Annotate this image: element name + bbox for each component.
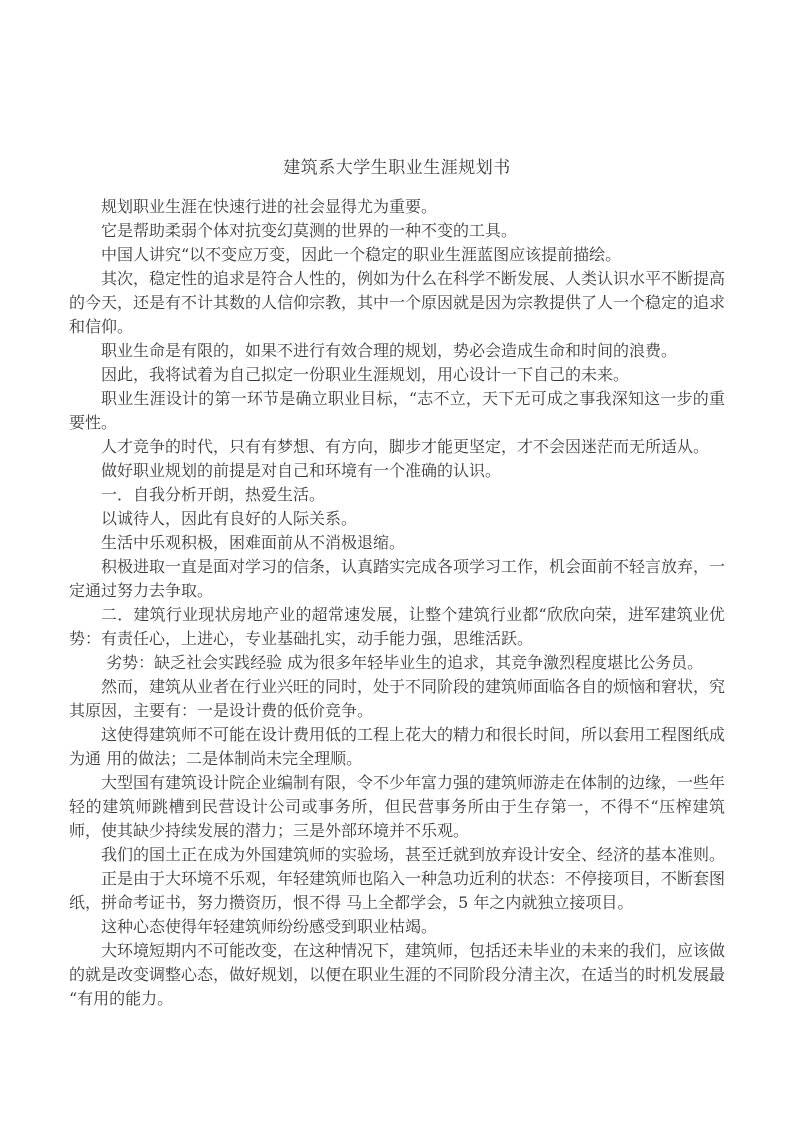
paragraph: 这种心态使得年轻建筑师纷纷感受到职业枯竭。	[69, 915, 725, 939]
paragraph: 生活中乐观积极，困难面前从不消极退缩。	[69, 531, 725, 555]
paragraph: 大型国有建筑设计院企业编制有限，令不少年富力强的建筑师游走在体制的边缘，一些年轻…	[69, 771, 725, 843]
paragraph: 大环境短期内不可能改变，在这种情况下，建筑师，包括还未毕业的未来的我们，应该做的…	[69, 939, 725, 1011]
paragraph: 因此，我将试着为自己拟定一份职业生涯规划，用心设计一下自己的未来。	[69, 363, 725, 387]
paragraph: 做好职业规划的前提是对自己和环境有一个准确的认识。	[69, 459, 725, 483]
document-body: 规划职业生涯在快速行进的社会显得尤为重要。它是帮助柔弱个体对抗变幻莫测的世界的一…	[69, 195, 725, 1011]
paragraph: 二．建筑行业现状房地产业的超常速发展，让整个建筑行业都“欣欣向荣，进军建筑业优势…	[69, 603, 725, 651]
paragraph: 它是帮助柔弱个体对抗变幻莫测的世界的一种不变的工具。	[69, 219, 725, 243]
paragraph: 职业生涯设计的第一环节是确立职业目标，“志不立，天下无可成之事我深知这一步的重要…	[69, 387, 725, 435]
paragraph: 规划职业生涯在快速行进的社会显得尤为重要。	[69, 195, 725, 219]
paragraph: 职业生命是有限的，如果不进行有效合理的规划，势必会造成生命和时间的浪费。	[69, 339, 725, 363]
paragraph: 这使得建筑师不可能在设计费用低的工程上花大的精力和很长时间，所以套用工程图纸成为…	[69, 723, 725, 771]
document-page: 建筑系大学生职业生涯规划书 规划职业生涯在快速行进的社会显得尤为重要。它是帮助柔…	[0, 0, 793, 1122]
paragraph: 正是由于大环境不乐观，年轻建筑师也陷入一种急功近利的状态：不停接项目，不断套图纸…	[69, 867, 725, 915]
paragraph: 中国人讲究“以不变应万变，因此一个稳定的职业生涯蓝图应该提前描绘。	[69, 243, 725, 267]
paragraph: 以诚待人，因此有良好的人际关系。	[69, 507, 725, 531]
paragraph: 积极进取一直是面对学习的信条，认真踏实完成各项学习工作，机会面前不轻言放弃，一定…	[69, 555, 725, 603]
paragraph: 一．自我分析开朗，热爱生活。	[69, 483, 725, 507]
paragraph: 人才竞争的时代，只有有梦想、有方向，脚步才能更坚定，才不会因迷茫而无所适从。	[69, 435, 725, 459]
paragraph: 其次，稳定性的追求是符合人性的，例如为什么在科学不断发展、人类认识水平不断提高的…	[69, 267, 725, 339]
document-title: 建筑系大学生职业生涯规划书	[69, 156, 725, 180]
paragraph: 然而，建筑从业者在行业兴旺的同时，处于不同阶段的建筑师面临各自的烦恼和窘状，究其…	[69, 675, 725, 723]
paragraph: 我们的国土正在成为外国建筑师的实验场，甚至迁就到放弃设计安全、经济的基本准则。	[69, 843, 725, 867]
paragraph: 劣势：缺乏社会实践经验 成为很多年轻毕业生的追求，其竞争激烈程度堪比公务员。	[69, 651, 725, 675]
